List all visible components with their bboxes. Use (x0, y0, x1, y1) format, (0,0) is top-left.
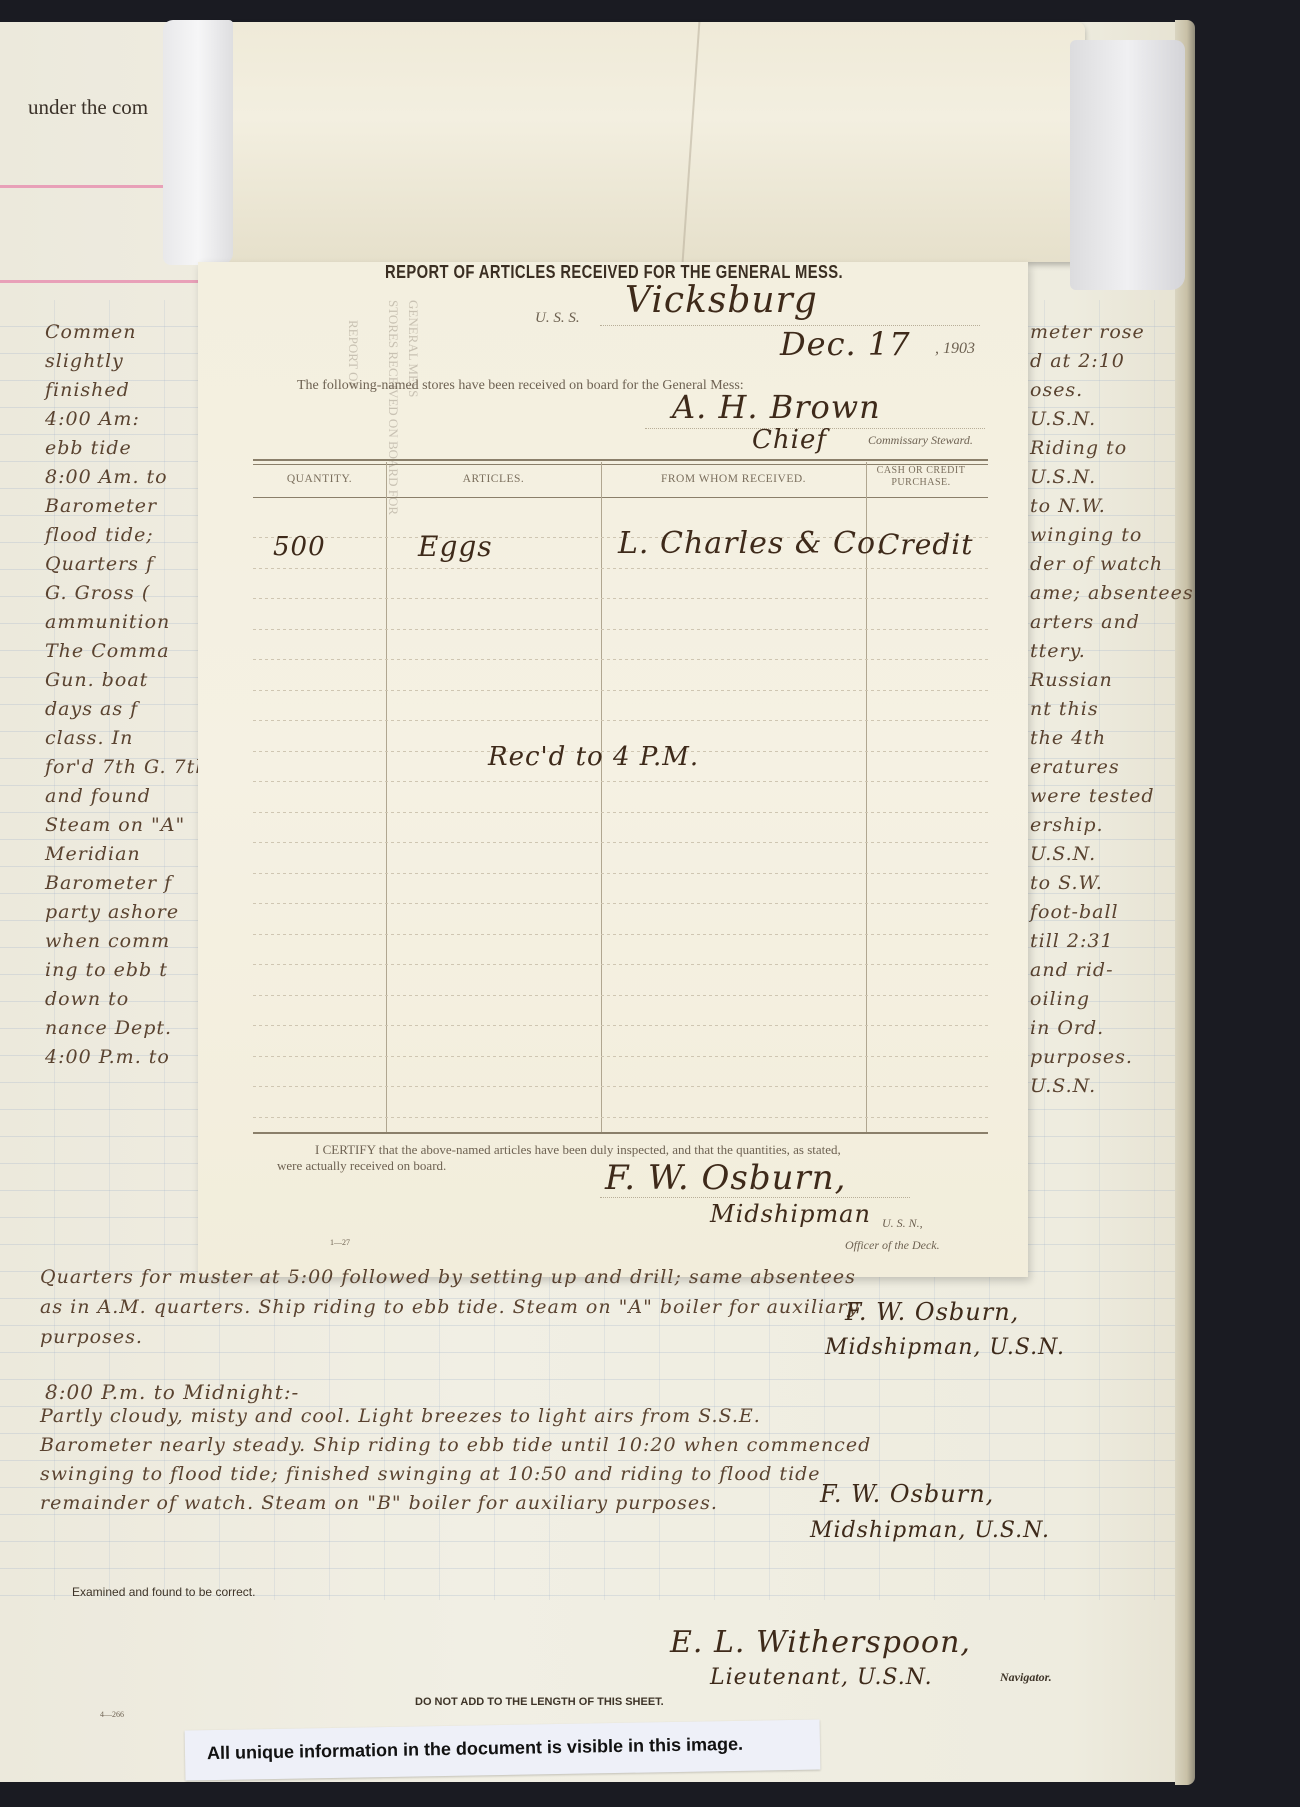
steward-signature: A. H. Brown (672, 388, 881, 426)
handwritten-line: nance Dept. (45, 1014, 215, 1043)
handwritten-line: nt this (1030, 695, 1180, 724)
evening-entry: Quarters for muster at 5:00 followed by … (40, 1262, 859, 1352)
ship-name: Vicksburg (625, 280, 818, 321)
table-ruled-line (253, 1086, 988, 1087)
handwritten-line: class. In (45, 724, 215, 753)
handwritten-line: ing to ebb t (45, 956, 215, 985)
handwritten-line: 8:00 Am. to (45, 463, 215, 492)
left-margin-text: Commenslightlyfinished4:00 Am:ebb tide8:… (45, 318, 215, 1072)
handwritten-line: swinging to flood tide; finished swingin… (40, 1460, 871, 1489)
signature-1: F. W. Osburn, (845, 1298, 1019, 1326)
table-bottom-rule (253, 1132, 988, 1134)
navigator-rank: Lieutenant, U.S.N. (710, 1665, 933, 1690)
handwritten-line: 4:00 P.m. to (45, 1043, 215, 1072)
ledger-form-number: 4—266 (100, 1710, 124, 1719)
certify-text-2: were actually received on board. (277, 1158, 446, 1174)
handwritten-line: eratures (1030, 753, 1180, 782)
steward-title-hand: Chief (752, 425, 827, 455)
report-date: Dec. 17 (780, 325, 911, 363)
officer-rank-hand: Midshipman (710, 1200, 871, 1228)
handwritten-line: and rid- (1030, 956, 1180, 985)
table-ruled-line (253, 629, 988, 630)
table-ruled-line (253, 964, 988, 965)
handwritten-line: purposes. (1030, 1043, 1180, 1072)
handwritten-line: Steam on "A" (45, 811, 215, 840)
watch-heading: 8:00 P.m. to Midnight:- (45, 1380, 299, 1404)
header-purchase: CASH OR CREDIT PURCHASE. (866, 465, 976, 489)
handwritten-line: oiling (1030, 985, 1180, 1014)
table-ruled-line (253, 690, 988, 691)
table-ruled-line (253, 598, 988, 599)
officer-signature: F. W. Osburn, (605, 1158, 846, 1198)
table-ruled-line (253, 1056, 988, 1057)
ledger-pink-rule-1 (0, 185, 175, 188)
ship-label: U. S. S. (535, 310, 580, 327)
handwritten-line: The Comma (45, 637, 215, 666)
cell-quantity: 500 (273, 532, 326, 562)
handwritten-line: party ashore (45, 898, 215, 927)
handwritten-line: Barometer nearly steady. Ship riding to … (40, 1431, 871, 1460)
rank-1: Midshipman, U.S.N. (825, 1335, 1065, 1360)
right-margin-text: meter rosed at 2:10oses.U.S.N.Riding toU… (1030, 318, 1180, 1101)
handwritten-line: till 2:31 (1030, 927, 1180, 956)
steward-title: Commissary Steward. (868, 433, 973, 448)
handwritten-line: U.S.N. (1030, 1072, 1180, 1101)
handwritten-line: Barometer f (45, 869, 215, 898)
header-quantity: QUANTITY. (253, 473, 386, 485)
receipt-note: Rec'd to 4 P.M. (488, 742, 699, 772)
handwritten-line: winging to (1030, 521, 1180, 550)
handwritten-line: der of watch (1030, 550, 1180, 579)
handwritten-line: ame; absentees (1030, 579, 1180, 608)
handwritten-line: days as f (45, 695, 215, 724)
handwritten-line: flood tide; (45, 521, 215, 550)
signature-2: F. W. Osburn, (820, 1480, 994, 1508)
handwritten-line: Quarters f (45, 550, 215, 579)
table-ruled-line (253, 995, 988, 996)
handwritten-line: ebb tide (45, 434, 215, 463)
navigator-signature: E. L. Witherspoon, (670, 1625, 971, 1660)
cloth-weight-left (163, 20, 233, 265)
table-ruled-line (253, 659, 988, 660)
handwritten-line: oses. (1030, 376, 1180, 405)
handwritten-line: remainder of watch. Steam on "B" boiler … (40, 1489, 871, 1518)
handwritten-line: Commen (45, 318, 215, 347)
evening-entry-lines: Quarters for muster at 5:00 followed by … (40, 1262, 859, 1352)
right-margin-lines: meter rosed at 2:10oses.U.S.N.Riding toU… (1030, 318, 1180, 1101)
table-ruled-line (253, 903, 988, 904)
navigator-label: Navigator. (1000, 1670, 1052, 1685)
rank-2: Midshipman, U.S.N. (810, 1518, 1050, 1543)
night-watch-entry: Partly cloudy, misty and cool. Light bre… (40, 1402, 871, 1518)
header-from-whom: FROM WHOM RECEIVED. (601, 473, 866, 485)
handwritten-line: G. Gross ( (45, 579, 215, 608)
handwritten-line: ership. (1030, 811, 1180, 840)
handwritten-line: foot-ball (1030, 898, 1180, 927)
cloth-weight-right (1070, 40, 1185, 290)
table-ruled-line (253, 1117, 988, 1118)
handwritten-line: were tested (1030, 782, 1180, 811)
handwritten-line: for'd 7th G. 7th G. (45, 753, 215, 782)
left-margin-lines: Commenslightlyfinished4:00 Am:ebb tide8:… (45, 318, 215, 1072)
handwritten-line: Riding to (1030, 434, 1180, 463)
header-articles: ARTICLES. (386, 473, 601, 485)
table-ruled-line (253, 720, 988, 721)
handwritten-line: arters and (1030, 608, 1180, 637)
officer-title: Officer of the Deck. (845, 1238, 940, 1253)
handwritten-line: slightly (45, 347, 215, 376)
table-top-rule (253, 459, 988, 461)
table-ruled-line (253, 1025, 988, 1026)
ledger-pink-rule-2 (0, 280, 200, 283)
table-header-rule (253, 497, 988, 498)
handwritten-line: U.S.N. (1030, 840, 1180, 869)
officer-usn: U. S. N., (882, 1216, 923, 1231)
handwritten-line: down to (45, 985, 215, 1014)
handwritten-line: when comm (45, 927, 215, 956)
table-ruled-line (253, 934, 988, 935)
handwritten-line: purposes. (40, 1322, 859, 1352)
handwritten-line: Partly cloudy, misty and cool. Light bre… (40, 1402, 871, 1431)
handwritten-line: ammunition (45, 608, 215, 637)
handwritten-line: Barometer (45, 492, 215, 521)
officer-line (600, 1197, 910, 1198)
table-ruled-line (253, 873, 988, 874)
handwritten-line: meter rose (1030, 318, 1180, 347)
cell-purchase: Credit (878, 528, 974, 561)
handwritten-line: as in A.M. quarters. Ship riding to ebb … (40, 1292, 859, 1322)
report-year: , 1903 (935, 340, 975, 358)
handwritten-line: Gun. boat (45, 666, 215, 695)
table-row: 500 Eggs L. Charles & Co. Credit (253, 532, 988, 572)
handwritten-line: U.S.N. (1030, 405, 1180, 434)
handwritten-line: the 4th (1030, 724, 1180, 753)
examined-text: Examined and found to be correct. (72, 1585, 255, 1599)
night-watch-lines: Partly cloudy, misty and cool. Light bre… (40, 1402, 871, 1518)
handwritten-line: in Ord. (1030, 1014, 1180, 1043)
table-ruled-line (253, 781, 988, 782)
cell-article: Eggs (418, 530, 493, 563)
info-label-text: All unique information in the document i… (207, 1734, 743, 1764)
ledger-heading: under the com (28, 95, 148, 120)
handwritten-line: Quarters for muster at 5:00 followed by … (40, 1262, 859, 1292)
form-code: 1—27 (330, 1238, 350, 1247)
handwritten-line: to N.W. (1030, 492, 1180, 521)
rolled-paper (205, 22, 1085, 262)
handwritten-line: finished (45, 376, 215, 405)
handwritten-line: 4:00 Am: (45, 405, 215, 434)
handwritten-line: and found (45, 782, 215, 811)
handwritten-line: d at 2:10 (1030, 347, 1180, 376)
certify-text-1: I CERTIFY that the above-named articles … (315, 1142, 841, 1158)
cell-from-whom: L. Charles & Co. (618, 526, 886, 561)
handwritten-line: to S.W. (1030, 869, 1180, 898)
table-ruled-line (253, 842, 988, 843)
handwritten-line: ttery. (1030, 637, 1180, 666)
handwritten-line: U.S.N. (1030, 463, 1180, 492)
length-notice: DO NOT ADD TO THE LENGTH OF THIS SHEET. (415, 1696, 664, 1708)
table-ruled-line (253, 812, 988, 813)
handwritten-line: Russian (1030, 666, 1180, 695)
handwritten-line: Meridian (45, 840, 215, 869)
